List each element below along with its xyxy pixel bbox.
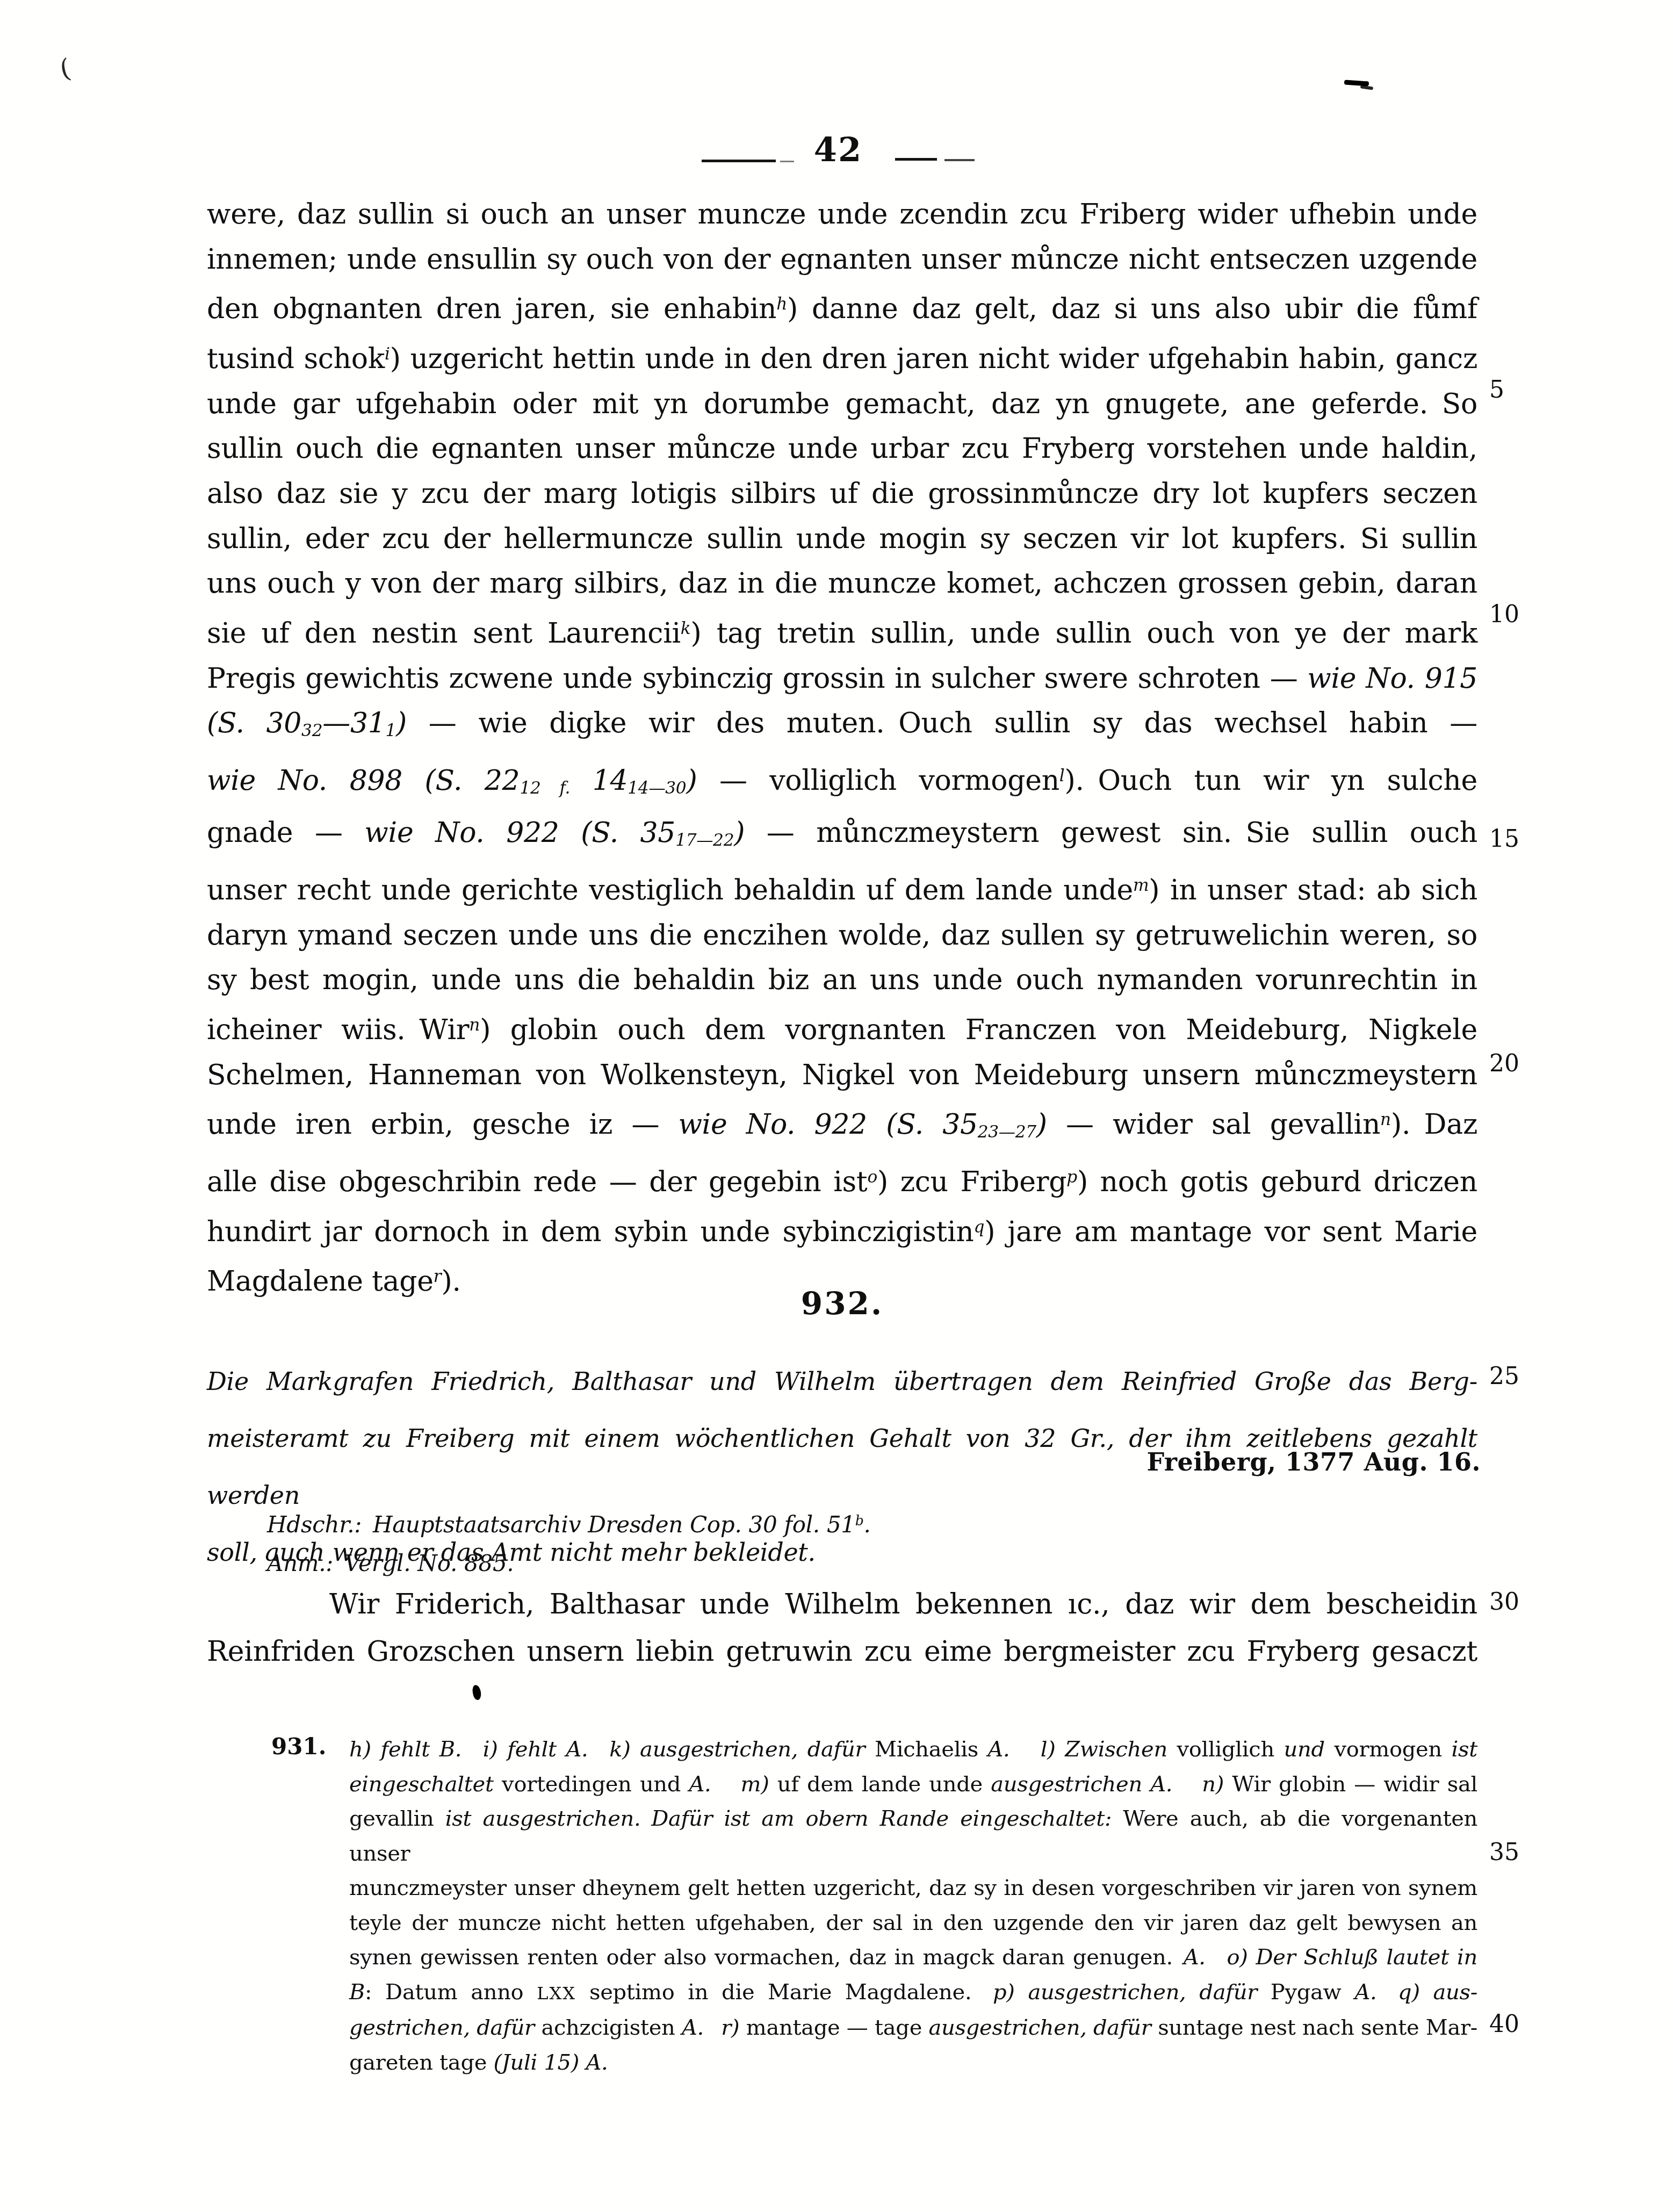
- text-segment: n: [1380, 1110, 1391, 1129]
- text-segment: Die Markgrafen Friedrich, Balthasar und …: [207, 1367, 1477, 1396]
- line-number: 35: [1489, 1839, 1559, 1866]
- text-segment: Wir Friderich, Balthasar unde Wilhelm be…: [329, 1588, 1477, 1620]
- text-segment: hundirt jar dornoch in dem sybin unde sy…: [207, 1216, 973, 1248]
- page-number: 42: [790, 130, 886, 169]
- text-segment: wie No. 922 (S. 35: [364, 817, 675, 849]
- text-segment: Wir globin — widir sal: [1232, 1772, 1477, 1797]
- text-segment: o: [867, 1168, 877, 1187]
- text-segment: Pygaw: [1271, 1980, 1355, 2005]
- text-segment: also daz sie y zcu der marg lotigis silb…: [207, 478, 1477, 510]
- text-line: also daz sie y zcu der marg lotigis silb…: [207, 472, 1477, 517]
- text-segment: 23—27: [978, 1122, 1036, 1142]
- ink-blot-artifact: [472, 1684, 482, 1701]
- text-segment: achzcigisten: [541, 2015, 682, 2040]
- text-segment: sy best mogin, unde uns die behaldin biz…: [207, 964, 1477, 996]
- text-segment: B: [349, 1980, 365, 2005]
- entry-body-text: Wir Friderich, Balthasar unde Wilhelm be…: [207, 1581, 1477, 1675]
- text-segment: ). Ouch tun wir yn sulche: [1065, 765, 1477, 797]
- footnote-line: h) fehlt B. i) fehlt A. k) ausgestrichen…: [349, 1732, 1477, 1767]
- text-segment: sullin, eder zcu der hellermuncze sullin…: [207, 523, 1477, 555]
- source-line: Anm.: Vergl. No. 885.: [267, 1544, 1395, 1583]
- footnote-line: gevallin ist ausgestrichen. Dafür ist am…: [349, 1802, 1477, 1871]
- text-segment: ): [1036, 1108, 1047, 1141]
- text-segment: uns ouch y von der marg silbirs, daz in …: [207, 567, 1477, 600]
- text-segment: unde gar ufgehabin oder mit yn dorumbe g…: [207, 388, 1477, 420]
- text-segment: wie No. 922 (S. 35: [678, 1108, 977, 1141]
- footnote-line: eingeschaltet vortedingen und A. m) uf d…: [349, 1767, 1477, 1802]
- text-segment: ): [734, 817, 745, 849]
- text-segment: — volliglich vormogen: [697, 765, 1059, 797]
- text-segment: ) danne daz gelt, daz si uns also ubir d…: [787, 293, 1477, 325]
- text-segment: ). Daz: [1391, 1108, 1477, 1141]
- main-text-block: were, daz sullin si ouch an unser muncze…: [207, 192, 1477, 1305]
- text-segment: p: [1066, 1168, 1077, 1187]
- ink-artifact-topright-2: [1360, 85, 1374, 90]
- text-segment: 12 f.: [520, 779, 570, 798]
- text-segment: gestrichen, dafür: [349, 2015, 541, 2040]
- text-line: sy best mogin, unde uns die behaldin biz…: [207, 958, 1477, 1003]
- text-segment: ausgestrichen A. n): [991, 1772, 1232, 1797]
- text-segment: ist ausgestrichen. Dafür ist am obern Ra…: [445, 1806, 1123, 1831]
- text-segment: A. o) Der Schluß lautet in: [1184, 1945, 1477, 1970]
- text-segment: Michaelis: [875, 1737, 987, 1762]
- footnote-line: gareten tage (Juli 15) A.: [349, 2045, 1477, 2080]
- text-line: uns ouch y von der marg silbirs, daz in …: [207, 561, 1477, 607]
- text-segment: 1: [385, 721, 396, 740]
- text-segment: ) uzgericht hettin unde in den dren jare…: [390, 343, 1477, 375]
- text-line: sullin ouch die egnanten unser můncze un…: [207, 427, 1477, 472]
- text-segment: A. m): [689, 1772, 777, 1797]
- text-segment: : Datum anno: [365, 1980, 537, 2005]
- text-segment: A. q) aus-: [1354, 1980, 1477, 2005]
- text-segment: Pregis gewichtis zcwene unde sybinczig g…: [207, 662, 1307, 695]
- text-segment: munczmeyster unser dheynem gelt hetten u…: [349, 1876, 1477, 1900]
- text-segment: ) globin ouch dem vorgnanten Franczen vo…: [480, 1014, 1477, 1046]
- text-line: den obgnanten dren jaren, sie enhabinh) …: [207, 282, 1477, 332]
- text-segment: Reinfriden Grozschen unsern liebin getru…: [207, 1635, 1477, 1668]
- line-number: 5: [1489, 376, 1559, 404]
- header-rule-right: [895, 158, 937, 161]
- summary-line: Die Markgrafen Friedrich, Balthasar und …: [207, 1353, 1477, 1410]
- line-number: 20: [1489, 1050, 1559, 1077]
- text-line: (S. 3032—311) — wie digke wir des muten.…: [207, 701, 1477, 753]
- text-line: alle dise obgeschribin rede — der gegebi…: [207, 1155, 1477, 1205]
- text-segment: ausgestrichen, dafür: [929, 2015, 1158, 2040]
- text-segment: ) zcu Friberg: [877, 1166, 1066, 1198]
- text-line: sie uf den nestin sent Laurenciik) tag t…: [207, 607, 1477, 657]
- text-line: tusind schoki) uzgericht hettin unde in …: [207, 332, 1477, 382]
- text-segment: —31: [322, 707, 385, 739]
- text-segment: — můnczmeystern gewest sin. Sie sullin o…: [745, 817, 1477, 849]
- text-segment: m: [1133, 876, 1149, 895]
- text-segment: ) noch gotis geburd driczen: [1077, 1166, 1477, 1198]
- footnote-line: synen gewissen renten oder also vormache…: [349, 1940, 1477, 1975]
- text-segment: Anm.: Vergl. No. 885.: [267, 1550, 514, 1576]
- text-line: icheiner wiis. Wirn) globin ouch dem vor…: [207, 1003, 1477, 1053]
- text-segment: unde iren erbin, gesche iz —: [207, 1108, 678, 1141]
- text-segment: gareten tage: [349, 2050, 493, 2075]
- text-segment: vortedingen und: [502, 1772, 689, 1797]
- text-segment: septimo in die Marie Magdalene.: [576, 1980, 993, 2005]
- ink-artifact-topleft: (: [57, 53, 73, 85]
- line-number: 15: [1489, 825, 1559, 853]
- line-number: 10: [1489, 601, 1559, 628]
- text-segment: sie uf den nestin sent Laurencii: [207, 617, 681, 650]
- text-segment: den obgnanten dren jaren, sie enhabin: [207, 293, 776, 325]
- text-segment: mantage — tage: [746, 2015, 929, 2040]
- text-segment: (S. 30: [207, 707, 301, 739]
- header-rule-left: [702, 160, 776, 162]
- text-segment: ) jare am mantage vor sent Marie: [984, 1216, 1477, 1248]
- header-rule-right-tail: [944, 159, 975, 161]
- text-segment: A. l) Zwischen: [988, 1737, 1177, 1762]
- text-line: unde gar ufgehabin oder mit yn dorumbe g…: [207, 382, 1477, 427]
- text-segment: A. r): [682, 2015, 746, 2040]
- text-segment: p) ausgestrichen, dafür: [993, 1980, 1271, 2005]
- text-segment: ): [686, 765, 697, 797]
- text-segment: Hdschr.: Hauptstaatsarchiv Dresden Cop. …: [267, 1511, 855, 1538]
- text-segment: were, daz sullin si ouch an unser muncze…: [207, 198, 1477, 230]
- text-line: wie No. 898 (S. 2212 f. 1414—30) — volli…: [207, 754, 1477, 811]
- footnote-label: 931.: [271, 1733, 326, 1760]
- text-segment: volliglich: [1177, 1737, 1283, 1762]
- text-segment: gevallin: [349, 1806, 445, 1831]
- line-number: 40: [1489, 2011, 1559, 2038]
- text-segment: sullin ouch die egnanten unser můncze un…: [207, 433, 1477, 465]
- text-line: unser recht unde gerichte vestiglich beh…: [207, 863, 1477, 913]
- footnote-line: munczmeyster unser dheynem gelt hetten u…: [349, 1871, 1477, 1906]
- text-line: sullin, eder zcu der hellermuncze sullin…: [207, 517, 1477, 562]
- text-segment: h: [776, 294, 787, 314]
- text-segment: daryn ymand seczen unde uns die enczihen…: [207, 919, 1477, 952]
- text-segment: ): [396, 707, 407, 739]
- text-segment: wie No. 898 (S. 22: [207, 765, 520, 797]
- text-segment: innemen; unde ensullin sy ouch von der e…: [207, 243, 1477, 276]
- page: ( 42 were, daz sullin si ouch an unser m…: [0, 0, 1673, 2212]
- footnote-line: B: Datum anno LXX septimo in die Marie M…: [349, 1975, 1477, 2011]
- entry-heading: 932.: [207, 1285, 1477, 1322]
- text-segment: r: [434, 1267, 442, 1286]
- text-segment: ) tag tretin sullin, unde sullin ouch vo…: [690, 617, 1477, 650]
- text-segment: b: [855, 1513, 864, 1529]
- text-segment: eingeschaltet: [349, 1772, 502, 1797]
- text-segment: tusind schok: [207, 343, 385, 375]
- text-segment: 14—30: [628, 779, 686, 798]
- text-segment: synen gewissen renten oder also vormache…: [349, 1945, 1184, 1970]
- text-line: Pregis gewichtis zcwene unde sybinczig g…: [207, 657, 1477, 702]
- text-segment: q: [973, 1217, 984, 1237]
- text-segment: teyle der muncze nicht hetten ufgehaben,…: [349, 1911, 1477, 1935]
- text-segment: n: [469, 1015, 480, 1035]
- text-segment: (Juli 15) A.: [493, 2050, 608, 2075]
- entry-source-references: Hdschr.: Hauptstaatsarchiv Dresden Cop. …: [267, 1502, 1395, 1583]
- line-number: 25: [1489, 1363, 1559, 1390]
- text-line: hundirt jar dornoch in dem sybin unde sy…: [207, 1205, 1477, 1255]
- footnote-line: gestrichen, dafür achzcigisten A. r) man…: [349, 2011, 1477, 2045]
- text-segment: Schelmen, Hanneman von Wolkensteyn, Nigk…: [207, 1059, 1477, 1091]
- text-segment: vormogen: [1334, 1737, 1451, 1762]
- text-segment: l: [1059, 766, 1065, 786]
- footnote-line: teyle der muncze nicht hetten ufgehaben,…: [349, 1906, 1477, 1941]
- text-segment: .: [864, 1511, 871, 1538]
- text-segment: ) in unser stad: ab sich: [1149, 874, 1477, 906]
- text-segment: 14: [570, 765, 628, 797]
- text-line: daryn ymand seczen unde uns die enczihen…: [207, 913, 1477, 959]
- text-segment: unser recht unde gerichte vestiglich beh…: [207, 874, 1133, 906]
- text-segment: uf dem lande unde: [777, 1772, 991, 1797]
- text-segment: 32: [301, 721, 322, 740]
- text-line: Schelmen, Hanneman von Wolkensteyn, Nigk…: [207, 1053, 1477, 1098]
- body-line: Wir Friderich, Balthasar unde Wilhelm be…: [207, 1581, 1477, 1628]
- text-segment: alle dise obgeschribin rede — der gegebi…: [207, 1166, 867, 1198]
- text-line: innemen; unde ensullin sy ouch von der e…: [207, 237, 1477, 283]
- text-segment: — wie digke wir des muten. Ouch sullin s…: [407, 707, 1477, 739]
- text-segment: gnade —: [207, 817, 364, 849]
- text-line: were, daz sullin si ouch an unser muncze…: [207, 192, 1477, 237]
- text-segment: und: [1284, 1737, 1335, 1762]
- entry-date: Freiberg, 1377 Aug. 16.: [1146, 1447, 1481, 1476]
- text-segment: 17—22: [675, 831, 734, 850]
- text-segment: k: [681, 619, 691, 638]
- text-segment: suntage nest nach sente Mar-: [1158, 2015, 1477, 2040]
- text-line: unde iren erbin, gesche iz — wie No. 922…: [207, 1098, 1477, 1155]
- footnote-text-block: h) fehlt B. i) fehlt A. k) ausgestrichen…: [349, 1732, 1477, 2080]
- source-line: Hdschr.: Hauptstaatsarchiv Dresden Cop. …: [267, 1502, 1395, 1544]
- body-line: Reinfriden Grozschen unsern liebin getru…: [207, 1628, 1477, 1675]
- text-line: gnade — wie No. 922 (S. 3517—22) — můncz…: [207, 811, 1477, 863]
- text-segment: LXX: [537, 1983, 576, 2004]
- line-number: 30: [1489, 1588, 1559, 1616]
- text-segment: h) fehlt B. i) fehlt A. k) ausgestrichen…: [349, 1737, 875, 1762]
- text-segment: icheiner wiis. Wir: [207, 1014, 469, 1046]
- text-segment: i: [385, 344, 390, 364]
- text-segment: ist: [1452, 1737, 1478, 1762]
- text-segment: wie No. 915: [1307, 662, 1477, 695]
- text-segment: — wider sal gevallin: [1047, 1108, 1380, 1141]
